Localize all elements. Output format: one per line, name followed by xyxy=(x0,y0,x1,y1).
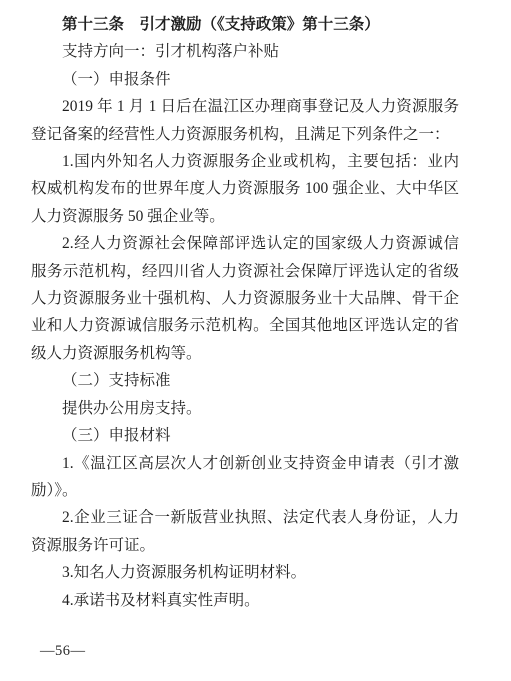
section-title-application-materials: （三）申报材料 xyxy=(31,422,459,449)
page-number: —56— xyxy=(40,643,86,660)
condition-item-1: 1.国内外知名人力资源服务企业或机构，主要包括：业内权威机构发布的世界年度人力资… xyxy=(31,148,459,230)
condition-item-2: 2.经人力资源社会保障部评选认定的国家级人力资源诚信服务示范机构，经四川省人力资… xyxy=(31,230,459,367)
conditions-intro-paragraph: 2019 年 1 月 1 日后在温江区办理商事登记及人力资源服务登记备案的经营性… xyxy=(31,93,459,148)
article-13-heading: 第十三条 引才激励（《支持政策》第十三条） xyxy=(31,11,459,38)
support-standard-paragraph: 提供办公用房支持。 xyxy=(31,395,459,422)
material-item-3: 3.知名人力资源服务机构证明材料。 xyxy=(31,559,459,586)
document-page: 第十三条 引才激励（《支持政策》第十三条） 支持方向一：引才机构落户补贴 （一）… xyxy=(0,0,511,681)
section-title-support-standard: （二）支持标准 xyxy=(31,367,459,394)
material-item-2: 2.企业三证合一新版营业执照、法定代表人身份证，人力资源服务许可证。 xyxy=(31,504,459,559)
material-item-1: 1.《温江区高层次人才创新创业支持资金申请表（引才激励）》。 xyxy=(31,450,459,505)
material-item-4: 4.承诺书及材料真实性声明。 xyxy=(31,587,459,614)
section-title-application-conditions: （一）申报条件 xyxy=(31,66,459,93)
support-direction-line: 支持方向一：引才机构落户补贴 xyxy=(31,38,459,65)
document-body: 第十三条 引才激励（《支持政策》第十三条） 支持方向一：引才机构落户补贴 （一）… xyxy=(31,11,459,614)
